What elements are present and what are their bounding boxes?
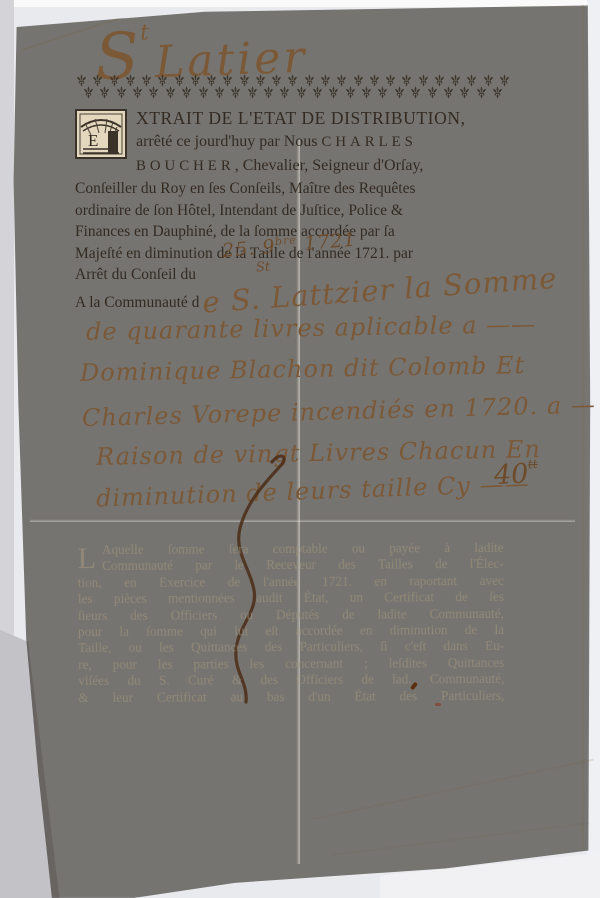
fleur-de-lis-icon: [182, 86, 191, 99]
fleur-de-lis-icon: [428, 86, 437, 99]
bleedthrough-text-block: L Aquelle ſomme ſera comptable ou payée …: [78, 540, 505, 706]
fold-crease-diagonal: [313, 758, 597, 820]
fleur-de-lis-icon: [166, 86, 175, 99]
heading-line-3: BOUCHER, Chevalier, Seigneur d'Orſay,: [75, 154, 509, 178]
fleur-de-lis-icon: [493, 86, 502, 99]
fleur-de-lis-icon: [395, 86, 404, 99]
name-boucher: BOUCHER: [136, 158, 235, 174]
fleur-de-lis-icon: [117, 86, 126, 99]
handwritten-line: de quarante livres aplicable a ——: [86, 310, 537, 346]
fleur-de-lis-icon: [133, 86, 142, 99]
handwritten-line: Dominique Blachon dit Colomb Et: [80, 351, 526, 387]
handwritten-amount: 40tt: [493, 457, 539, 491]
bleedthrough-line: les pièces mentionnées audit État, un Ce…: [78, 589, 504, 608]
bleedthrough-dropcap-l: L: [78, 544, 96, 574]
bleedthrough-line: Taille, ou les Quittances des Particulie…: [78, 638, 504, 657]
woodcut-initial-e: E: [75, 109, 127, 159]
fleur-de-lis-icon: [280, 86, 289, 99]
heading-line-3-text: , Chevalier, Seigneur d'Orſay,: [235, 157, 424, 174]
fleur-de-lis-icon: [329, 86, 338, 99]
amount-value: 40: [493, 458, 529, 491]
fold-crease-right-edge: [581, 4, 584, 894]
heading-line-2: arrêté ce jourd'huy par Nous CHARLES: [75, 130, 509, 154]
fleur-de-lis-icon: [411, 86, 420, 99]
fleur-de-lis-icon: [248, 86, 257, 99]
fleur-de-lis-icon: [215, 86, 224, 99]
fleur-de-lis-icon: [362, 86, 371, 99]
fleur-de-lis-icon: [370, 74, 379, 87]
fleur-de-lis-icon: [477, 86, 486, 99]
fleuron-ornament-border: [77, 74, 509, 99]
fleur-de-lis-icon: [378, 86, 387, 99]
heading-line-5: ordinaire de ſon Hôtel, Intendant de Juſ…: [75, 200, 509, 222]
date-day-month: 25. 9: [221, 236, 276, 263]
superscript-t: t: [140, 20, 150, 45]
fleur-de-lis-icon: [149, 86, 158, 99]
fleuron-row-2: [77, 86, 509, 99]
fleur-de-lis-icon: [199, 86, 208, 99]
bleedthrough-line: viſées du S. Curé & des Officiers de lad…: [78, 671, 504, 690]
fleur-de-lis-icon: [84, 86, 93, 99]
fleur-de-lis-icon: [264, 86, 273, 99]
fleur-de-lis-icon: [460, 86, 469, 99]
bleedthrough-line: & leur Certificat au bas d'un État des P…: [78, 688, 504, 707]
fleur-de-lis-icon: [231, 86, 240, 99]
handwritten-insert-st: St: [255, 260, 270, 276]
document-paper: St Latier E XTRAIT DE L'ETAT DE DISTRIBU…: [0, 0, 600, 898]
fleur-de-lis-icon: [100, 86, 109, 99]
heading-line-1: XTRAIT DE L'ETAT DE DISTRIBUTION,: [75, 106, 509, 130]
photo-of-document: St Latier E XTRAIT DE L'ETAT DE DISTRIBU…: [0, 0, 600, 898]
fleur-de-lis-icon: [444, 86, 453, 99]
date-superscript: bre: [274, 233, 297, 248]
handwritten-line: diminution de leurs taille Cy ——: [96, 469, 530, 512]
handwritten-line: Charles Vorepe incendiés en 1720. a ——: [82, 390, 600, 432]
handwritten-line: Raison de vingt Livres Chacun En: [96, 435, 541, 471]
amount-unit-livres: tt: [528, 457, 538, 471]
name-charles: CHARLES: [321, 134, 416, 150]
fleur-de-lis-icon: [346, 86, 355, 99]
bleedthrough-line: Communauté par le Receveur des Tailles d…: [78, 556, 504, 575]
fold-crease-diagonal: [331, 822, 589, 856]
dropcap-letter: E: [88, 131, 98, 150]
fleur-de-lis-icon: [313, 86, 322, 99]
fleur-de-lis-icon: [297, 86, 306, 99]
printed-heading-block: E XTRAIT DE L'ETAT DE DISTRIBUTION, arrê…: [75, 106, 509, 286]
heading-line-4: Conſeiller du Roy en ſes Conſeils, Maîtr…: [75, 178, 509, 200]
printed-community-label: A la Communauté d: [75, 294, 199, 312]
heading-line-2-text: arrêté ce jourd'huy par Nous: [136, 133, 321, 150]
